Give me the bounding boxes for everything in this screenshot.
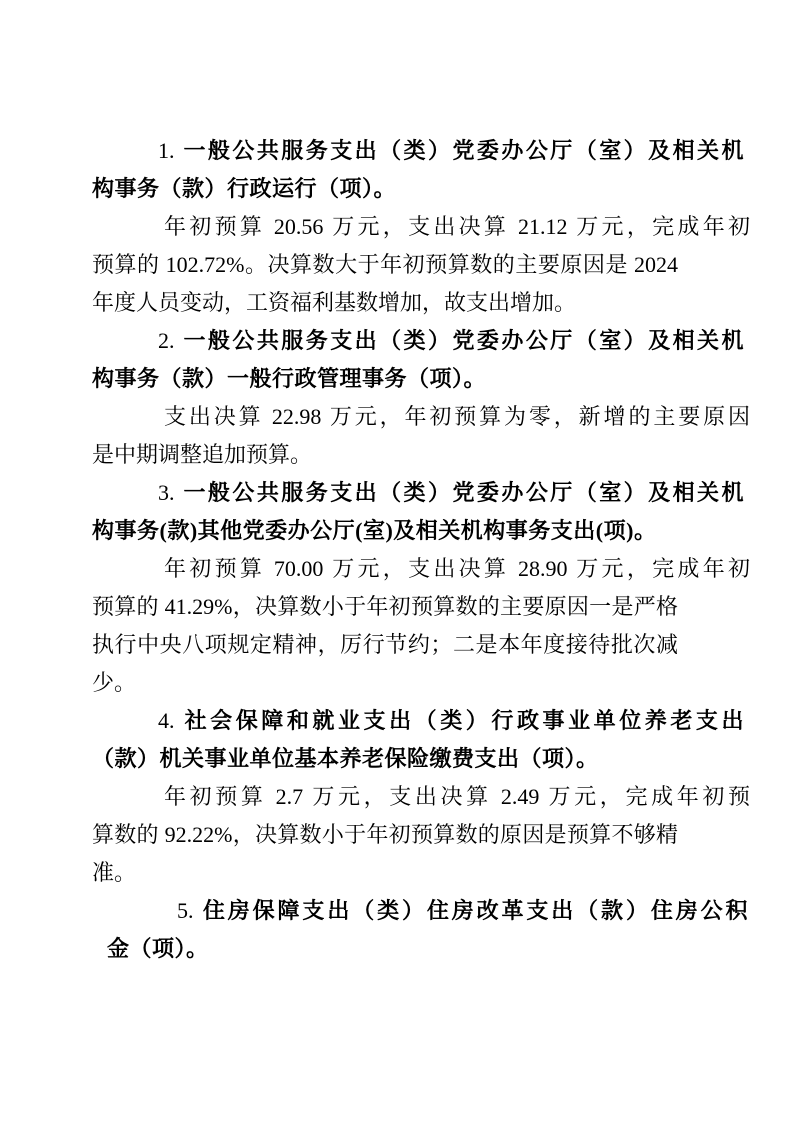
body-line: 算数的 92.22%，决算数小于年初预算数的原因是预算不够精 [92,816,678,854]
body-line: 预算的 41.29%，决算数小于年初预算数的主要原因一是严格 [92,588,678,626]
budget-section: 2.一般公共服务支出（类）党委办公厅（室）及相关机构事务（款）一般行政管理事务（… [92,322,678,474]
heading-line: 构事务（款）行政运行（项）。 [92,170,678,208]
heading-line: （款）机关事业单位基本养老保险缴费支出（项）。 [92,740,678,778]
heading-line: 4.社会保障和就业支出（类）行政事业单位养老支出 [92,702,744,740]
heading-text: 一般公共服务支出（类）党委办公厅（室）及相关机 [182,138,745,163]
body-line: 年初预算 20.56 万元，支出决算 21.12 万元，完成年初 [92,208,750,246]
heading-line: 3.一般公共服务支出（类）党委办公厅（室）及相关机 [92,474,744,512]
body-line: 预算的 102.72%。决算数大于年初预算数的主要原因是 2024 [92,246,678,284]
heading-line: 构事务（款）一般行政管理事务（项）。 [92,360,678,398]
body-line: 支出决算 22.98 万元，年初预算为零，新增的主要原因 [92,398,750,436]
heading-line: 5.住房保障支出（类）住房改革支出（款）住房公积 [107,892,748,930]
body-line: 准。 [92,854,678,892]
heading-line: 2.一般公共服务支出（类）党委办公厅（室）及相关机 [92,322,744,360]
heading-line: 金（项）。 [107,930,678,968]
budget-section: 5.住房保障支出（类）住房改革支出（款）住房公积金（项）。 [92,892,678,968]
body-line: 是中期调整追加预算。 [92,436,678,474]
heading-text: 一般公共服务支出（类）党委办公厅（室）及相关机 [182,328,745,353]
body-line: 年度人员变动，工资福利基数增加，故支出增加。 [92,284,678,322]
body-line: 执行中央八项规定精神，厉行节约；二是本年度接待批次减 [92,626,678,664]
section-number: 3. [158,480,175,505]
section-number: 4. [158,708,175,733]
budget-section: 3.一般公共服务支出（类）党委办公厅（室）及相关机构事务(款)其他党委办公厅(室… [92,474,678,702]
heading-line: 1.一般公共服务支出（类）党委办公厅（室）及相关机 [92,132,744,170]
section-number: 5. [177,898,194,923]
heading-text: 一般公共服务支出（类）党委办公厅（室）及相关机 [182,480,745,505]
document-page: 1.一般公共服务支出（类）党委办公厅（室）及相关机构事务（款）行政运行（项）。年… [0,0,793,1122]
budget-section: 1.一般公共服务支出（类）党委办公厅（室）及相关机构事务（款）行政运行（项）。年… [92,132,678,322]
body-line: 少。 [92,664,678,702]
budget-section: 4.社会保障和就业支出（类）行政事业单位养老支出（款）机关事业单位基本养老保险缴… [92,702,678,892]
section-number: 1. [158,138,175,163]
document-content: 1.一般公共服务支出（类）党委办公厅（室）及相关机构事务（款）行政运行（项）。年… [92,132,678,968]
section-number: 2. [158,328,175,353]
heading-line: 构事务(款)其他党委办公厅(室)及相关机构事务支出(项)。 [92,512,678,550]
body-line: 年初预算 70.00 万元，支出决算 28.90 万元，完成年初 [92,550,750,588]
heading-text: 社会保障和就业支出（类）行政事业单位养老支出 [182,708,745,733]
body-line: 年初预算 2.7 万元，支出决算 2.49 万元，完成年初预 [92,778,750,816]
heading-text: 住房保障支出（类）住房改革支出（款）住房公积 [201,898,749,923]
